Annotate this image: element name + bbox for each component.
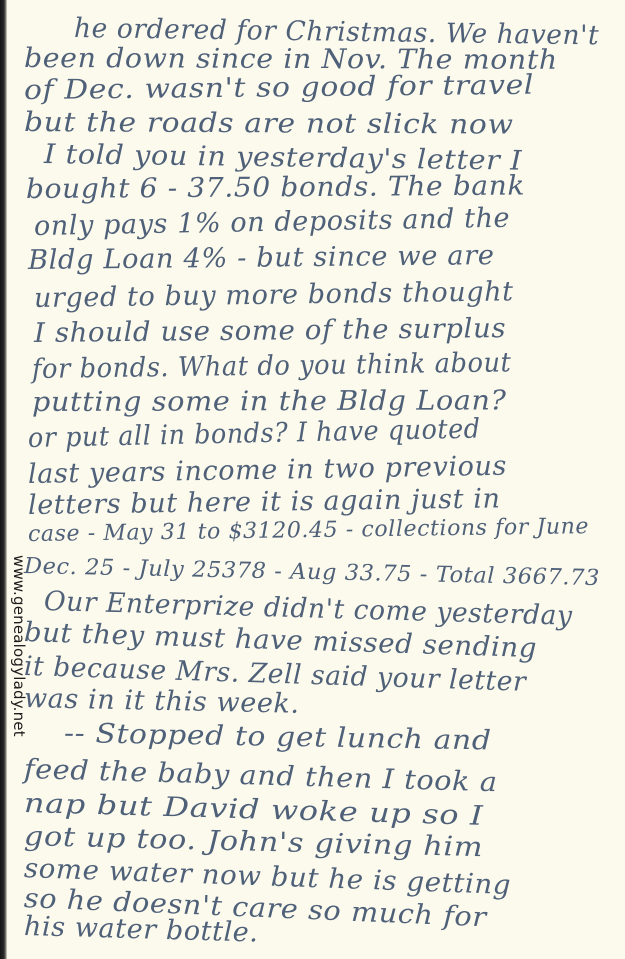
letter-line: was in it this week. (24, 683, 300, 720)
letter-line: bought 6 - 37.50 bonds. The bank (26, 171, 525, 205)
letter-line: urged to buy more bonds thought (34, 276, 514, 314)
letter-line: for bonds. What do you think about (32, 347, 512, 385)
letter-line: or put all in bonds? I have quoted (28, 413, 481, 453)
letter-line: Dec. 25 - July 25378 - Aug 33.75 - Total… (24, 554, 600, 591)
letter-line: I should use some of the surplus (34, 313, 506, 349)
letter-line: of Dec. wasn't so good for travel (24, 70, 534, 106)
letter-line: Bldg Loan 4% - but since we are (28, 240, 495, 276)
letter-page: www.genealogylady.net he ordered for Chr… (0, 0, 625, 959)
page-edge-shadow (0, 0, 7, 959)
letter-line: -- Stopped to get lunch and (64, 718, 492, 756)
letter-line: but the roads are not slick now (24, 107, 514, 141)
letter-line: his water bottle. (24, 911, 259, 949)
letter-line: only pays 1% on deposits and the (34, 202, 511, 241)
